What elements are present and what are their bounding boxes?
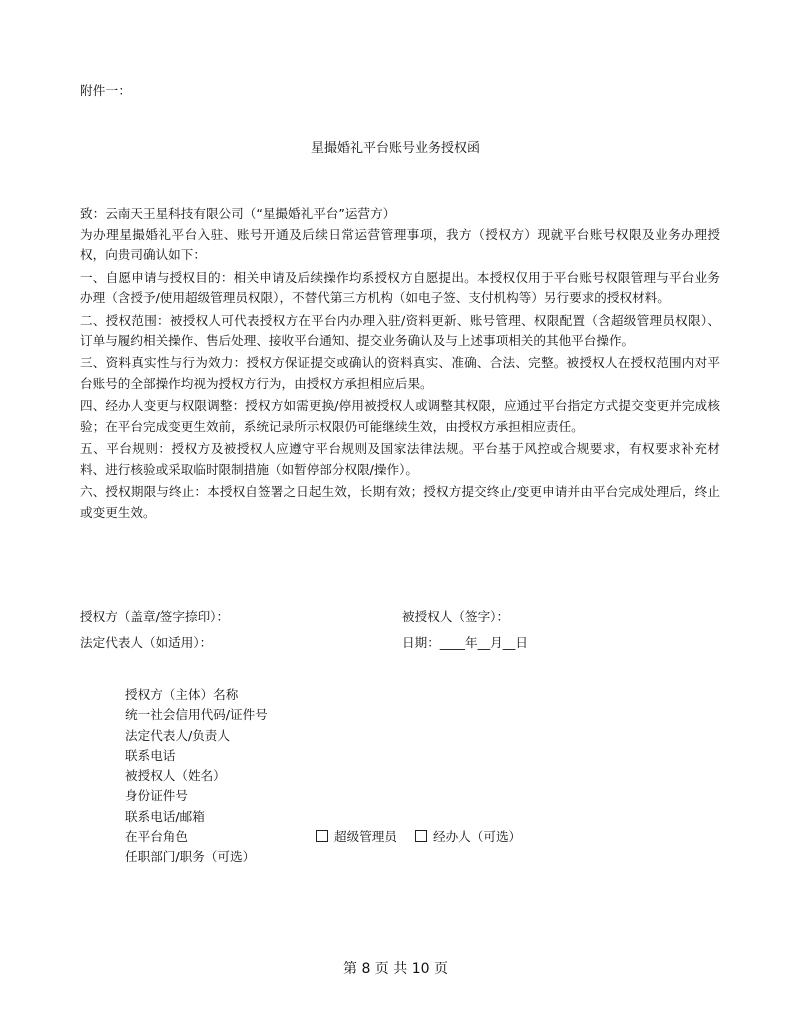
document-title: 星撮婚礼平台账号业务授权函 bbox=[0, 137, 791, 156]
clause-6: 六、授权期限与终止：本授权自签署之日起生效，长期有效；授权方提交终止/变更申请并… bbox=[80, 482, 720, 523]
intro-paragraph: 为办理星撮婚礼平台入驻、账号开通及后续日常运营管理事项，我方（授权方）现就平台账… bbox=[80, 225, 720, 266]
role-options: 超级管理员 经办人（可选） bbox=[316, 827, 521, 847]
super-admin-checkbox[interactable] bbox=[316, 830, 328, 842]
form-field-department: 任职部门/职务（可选） bbox=[125, 847, 268, 867]
clause-1: 一、自愿申请与授权目的：相关申请及后续操作均系授权方自愿提出。本授权仅用于平台账… bbox=[80, 268, 720, 309]
clause-4: 四、经办人变更与权限调整：授权方如需更换/停用被授权人或调整其权限，应通过平台指… bbox=[80, 396, 720, 437]
form-field-id-number: 身份证件号 bbox=[125, 786, 268, 806]
handler-label: 经办人（可选） bbox=[433, 829, 521, 844]
form-field-phone: 联系电话 bbox=[125, 746, 268, 766]
form-field-contact: 联系电话/邮箱 bbox=[125, 807, 268, 827]
grantor-signature-label: 授权方（盖章/签字捺印）： bbox=[80, 606, 229, 625]
clause-5: 五、平台规则：授权方及被授权人应遵守平台规则及国家法律法规。平台基于风控或合规要… bbox=[80, 439, 720, 480]
page-number: 第 8 页 共 10 页 bbox=[0, 958, 791, 978]
form-field-grantee-name: 被授权人（姓名） bbox=[125, 766, 268, 786]
super-admin-label: 超级管理员 bbox=[334, 829, 397, 844]
info-form: 授权方（主体）名称 统一社会信用代码/证件号 法定代表人/负责人 联系电话 被授… bbox=[125, 685, 268, 868]
handler-checkbox[interactable] bbox=[415, 830, 427, 842]
legal-rep-label: 法定代表人（如适用）： bbox=[80, 632, 212, 651]
addressee: 致：云南天王星科技有限公司（“星撮婚礼平台”运营方） bbox=[80, 204, 720, 225]
attachment-label: 附件一： bbox=[80, 80, 131, 101]
clause-2: 二、授权范围：被授权人可代表授权方在平台内办理入驻/资料更新、账号管理、权限配置… bbox=[80, 311, 720, 352]
form-field-legal-rep: 法定代表人/负责人 bbox=[125, 726, 268, 746]
form-field-grantor-name: 授权方（主体）名称 bbox=[125, 685, 268, 705]
date-label: 日期：____年__月__日 bbox=[402, 632, 528, 651]
form-field-platform-role: 在平台角色 超级管理员 经办人（可选） bbox=[125, 827, 268, 847]
letter-body: 致：云南天王星科技有限公司（“星撮婚礼平台”运营方） 为办理星撮婚礼平台入驻、账… bbox=[80, 204, 720, 524]
grantee-signature-label: 被授权人（签字）： bbox=[402, 606, 509, 625]
form-field-credit-code: 统一社会信用代码/证件号 bbox=[125, 705, 268, 725]
clause-3: 三、资料真实性与行为效力：授权方保证提交或确认的资料真实、准确、合法、完整。被授… bbox=[80, 353, 720, 394]
